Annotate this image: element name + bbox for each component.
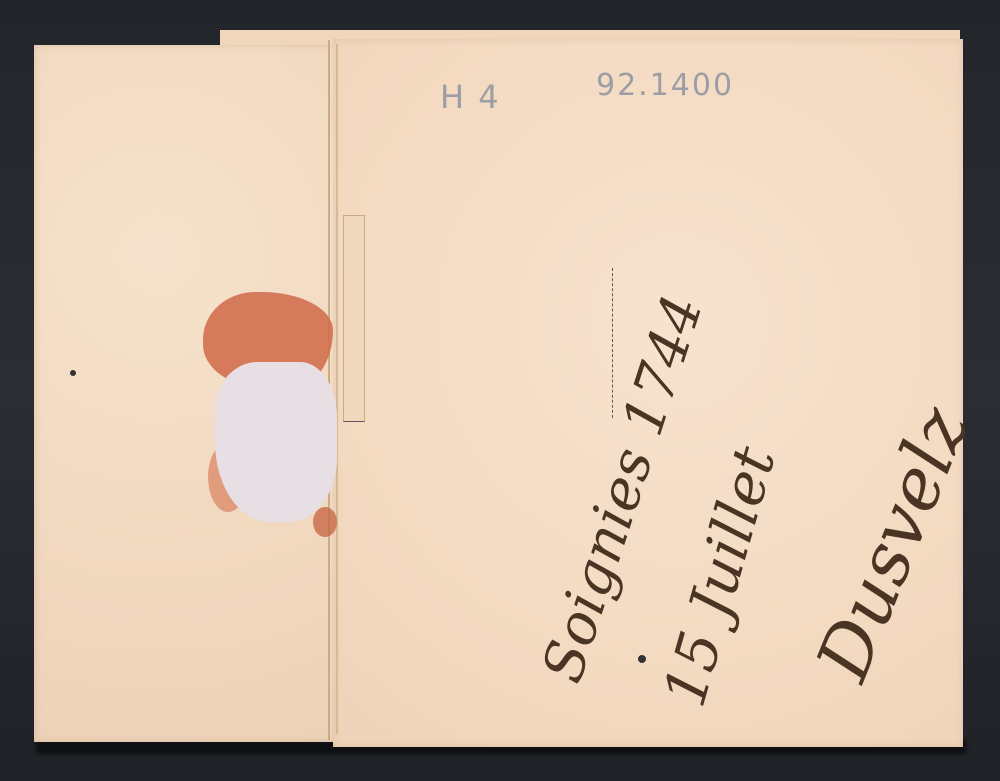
dashed-line bbox=[612, 268, 614, 418]
inner-flap bbox=[343, 215, 365, 422]
ink-spot bbox=[70, 370, 76, 376]
wax-seal-residue bbox=[215, 362, 337, 522]
wax-seal-fragment bbox=[313, 507, 337, 537]
wax-seal bbox=[203, 292, 338, 542]
pencil-note-right: 92.1400 bbox=[596, 68, 734, 103]
pencil-note-left: H 4 bbox=[440, 78, 501, 116]
ink-spot bbox=[638, 655, 646, 663]
